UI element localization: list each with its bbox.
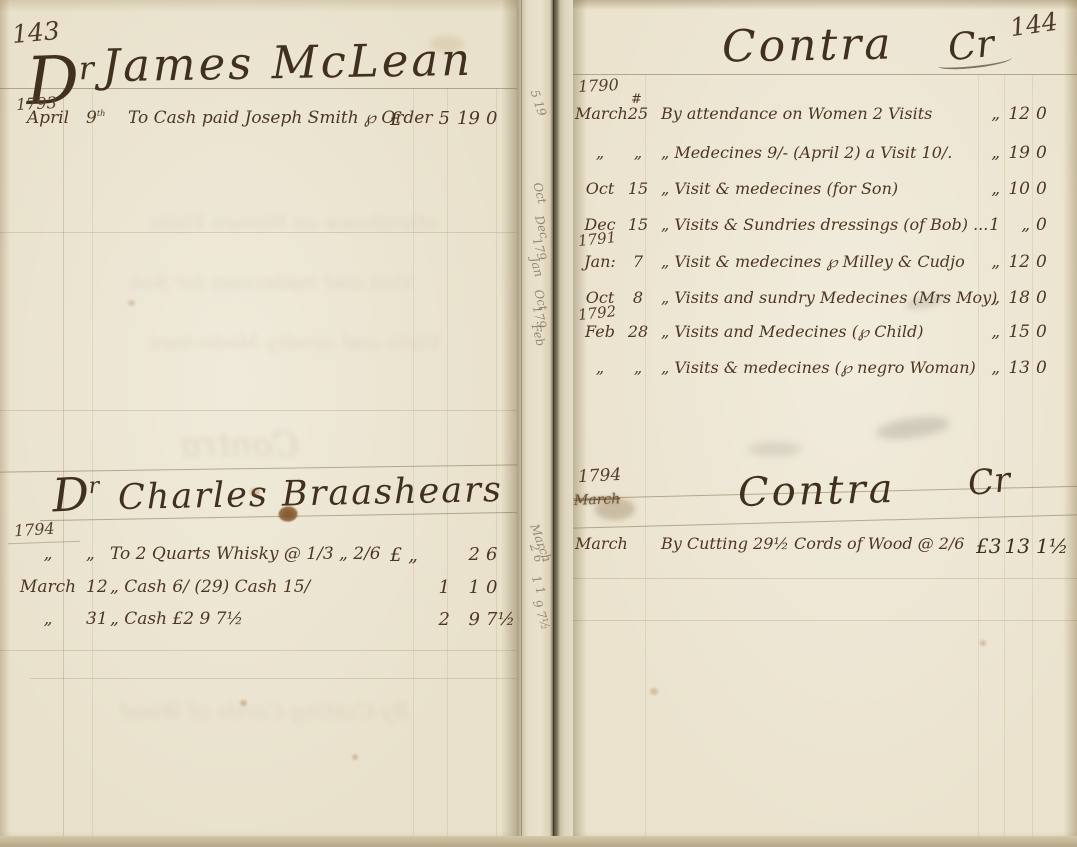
account-title-charles-braashears: Charles Braashears — [118, 470, 504, 518]
left-page: 143 Dr James McLean 1793 April 9th To Ca… — [0, 0, 517, 847]
ledger-row: „ „ To 2 Quarts Whisky @ 1/3 „ 2/6 £ „ 2… — [0, 544, 517, 570]
ledger-row: „„„ Visits & medecines (℘ negro Woman)„1… — [573, 358, 1077, 384]
ledger-row: Feb28„ Visits and Medecines (℘ Child)„15… — [573, 322, 1077, 348]
ledger-row: March 12 „ Cash 6/ (29) Cash 15/ 1 1 0 — [0, 577, 517, 603]
ledger-row: March By Cutting 29½ Cords of Wood @ 2/6… — [573, 534, 1077, 560]
ledger-row: April 9th To Cash paid Joseph Smith ℘ Or… — [0, 108, 517, 134]
contra-title-bottom: Contra — [737, 466, 896, 516]
book-bottom-edge — [0, 836, 1077, 847]
binding-gutter: 5 19 Oct Dec 179 Jan Oct 179 Feb March 2… — [517, 0, 573, 847]
account-title-james-mclean: James McLean — [102, 33, 474, 92]
crossed-out-march: March — [574, 491, 621, 509]
ledger-row: Oct8„ Visits and sundry Medecines (Mrs M… — [573, 288, 1077, 314]
ledger-row: Jan:7„ Visit & medecines ℘ Milley & Cudj… — [573, 252, 1077, 278]
year-1790: 1790 — [578, 75, 620, 96]
contra-title-top: Contra — [722, 19, 894, 73]
header-rule — [573, 74, 1077, 75]
cr-mark-bottom: Cr — [966, 460, 1012, 504]
debtor-mark: Dr — [51, 465, 101, 518]
ledger-row: „ 31 „ Cash £2 9 7½ 2 9 7½ — [0, 609, 517, 635]
rule-margin-left — [63, 88, 64, 836]
ledger-row: Oct15„ Visit & medecines (for Son)„100 — [573, 179, 1077, 205]
ledger-row: March25By attendance on Women 2 Visits„1… — [573, 104, 1077, 130]
ledger-row: Dec15„ Visits & Sundries dressings (of B… — [573, 215, 1077, 241]
ledger-row: „„„ Medecines 9/- (April 2) a Visit 10/.… — [573, 143, 1077, 169]
ledger-scan: 143 Dr James McLean 1793 April 9th To Ca… — [0, 0, 1077, 847]
year-1794-right: 1794 — [578, 465, 622, 487]
year-1794: 1794 — [13, 519, 55, 541]
